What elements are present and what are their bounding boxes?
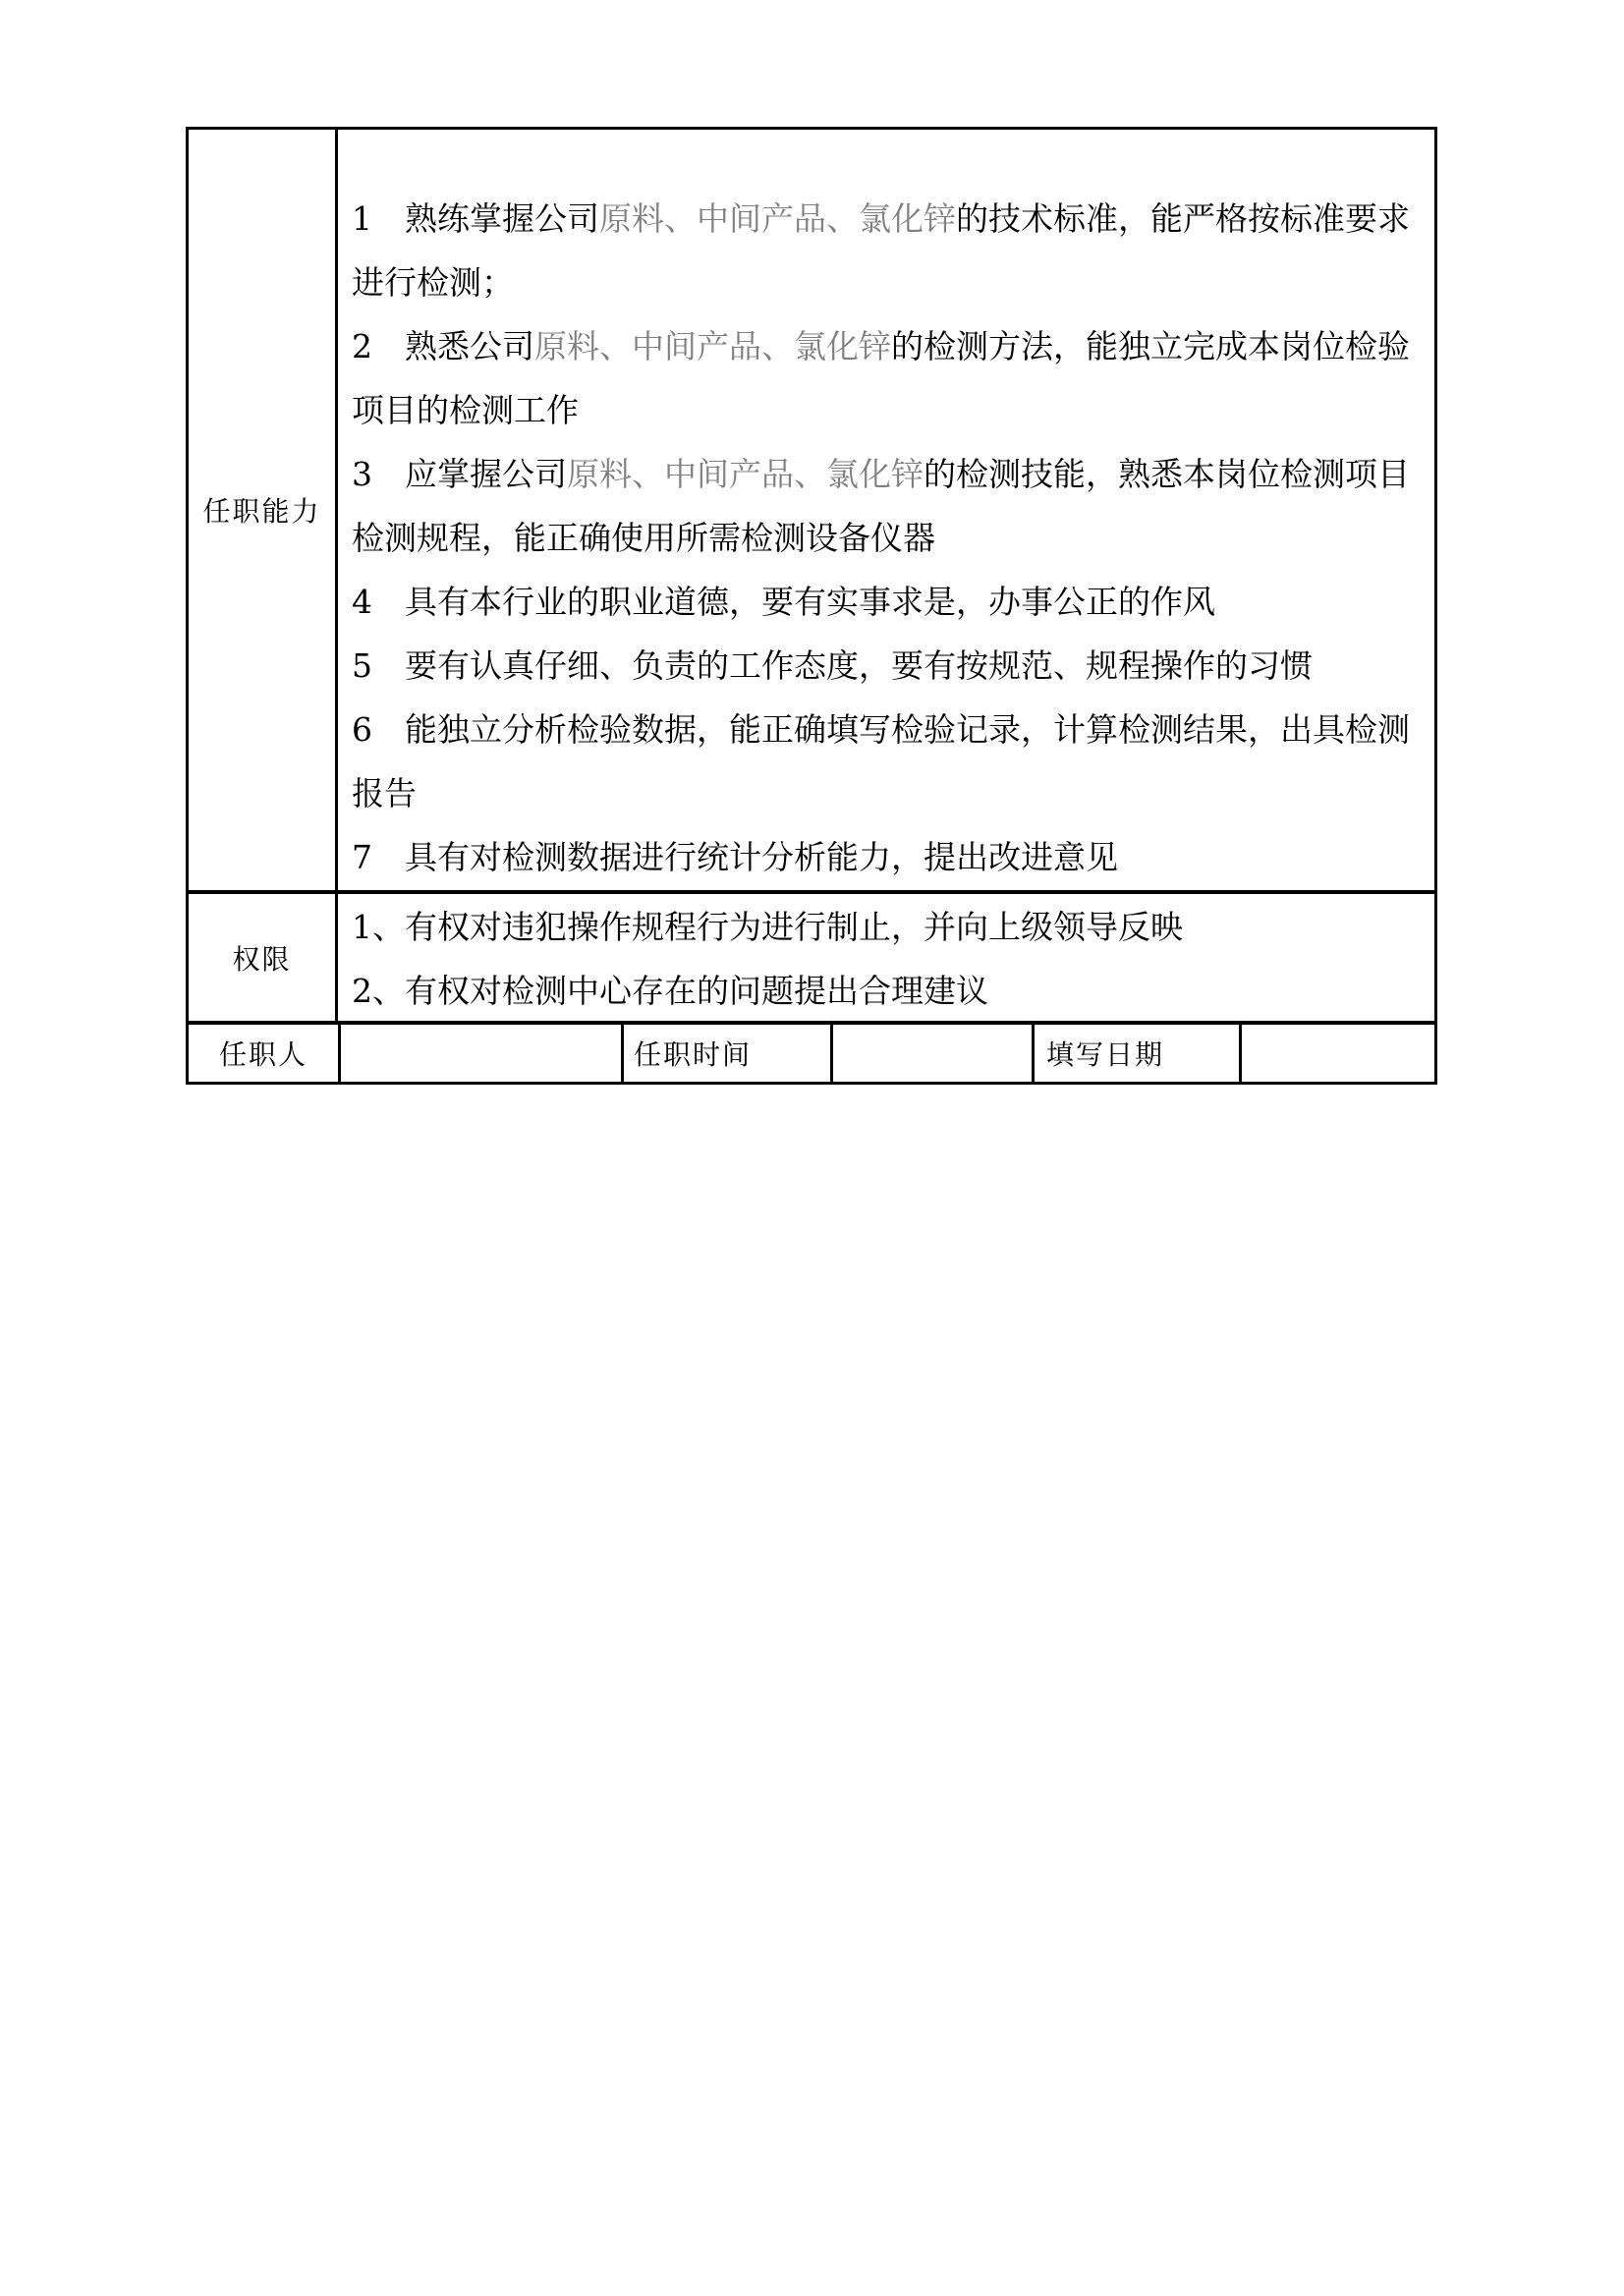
footer-row: 任职人 任职时间 填写日期 [189,1021,1434,1082]
text-segment: 2 熟悉公司 [352,327,534,365]
holder-value-cell [338,1025,621,1082]
text-segment: 1 熟练掌握公司 [352,199,599,238]
fill-date-label: 填写日期 [1032,1025,1239,1082]
text-segment: 项目的检测工作 [352,391,579,429]
text-segment: 的技术标准，能严格按标准要求 [956,199,1410,238]
text-segment: 的检测方法，能独立完成本岗位检验 [891,327,1410,365]
text-line: 4 具有本行业的职业道德，要有实事求是，办事公正的作风 [352,570,1430,634]
fill-date-value-cell [1239,1025,1434,1082]
text-segment: 检测规程，能正确使用所需检测设备仪器 [352,519,935,557]
job-description-table: 任职能力 1 熟练掌握公司原料、中间产品、氯化锌的技术标准，能严格按标准要求进行… [186,127,1437,1085]
text-segment: 7 具有对检测数据进行统计分析能力，提出改进意见 [352,838,1118,876]
text-line: 项目的检测工作 [352,378,1430,442]
text-line: 1 熟练掌握公司原料、中间产品、氯化锌的技术标准，能严格按标准要求 [352,187,1430,251]
text-line: 2、有权对检测中心存在的问题提出合理建议 [352,959,1430,1021]
text-line: 3 应掌握公司原料、中间产品、氯化锌的检测技能，熟悉本岗位检测项目 [352,442,1430,506]
text-line: 7 具有对检测数据进行统计分析能力，提出改进意见 [352,825,1430,889]
text-line: 报告 [352,761,1430,825]
text-line: 检测规程，能正确使用所需检测设备仪器 [352,506,1430,570]
text-line: 6 能独立分析检验数据，能正确填写检验记录，计算检测结果，出具检测 [352,698,1430,761]
ability-row: 任职能力 1 熟练掌握公司原料、中间产品、氯化锌的技术标准，能严格按标准要求进行… [189,130,1434,890]
text-line: 5 要有认真仔细、负责的工作态度，要有按规范、规程操作的习惯 [352,634,1430,698]
tenure-time-value-cell [830,1025,1032,1082]
text-segment: 2、有权对检测中心存在的问题提出合理建议 [352,972,988,1010]
ability-content-cell: 1 熟练掌握公司原料、中间产品、氯化锌的技术标准，能严格按标准要求进行检测；2 … [338,130,1434,890]
authority-row-label: 权限 [189,894,338,1021]
holder-label: 任职人 [189,1025,338,1082]
authority-row: 权限 1、有权对违犯操作规程行为进行制止，并向上级领导反映2、有权对检测中心存在… [189,890,1434,1021]
muted-text-segment: 原料、中间产品、氯化锌 [567,455,924,493]
muted-text-segment: 原料、中间产品、氯化锌 [534,327,891,365]
text-segment: 的检测技能，熟悉本岗位检测项目 [924,455,1410,493]
text-segment: 4 具有本行业的职业道德，要有实事求是，办事公正的作风 [352,583,1215,621]
tenure-time-label: 任职时间 [621,1025,830,1082]
text-line: 2 熟悉公司原料、中间产品、氯化锌的检测方法，能独立完成本岗位检验 [352,314,1430,378]
text-segment: 5 要有认真仔细、负责的工作态度，要有按规范、规程操作的习惯 [352,646,1313,685]
document-page: 任职能力 1 熟练掌握公司原料、中间产品、氯化锌的技术标准，能严格按标准要求进行… [0,0,1624,2296]
text-segment: 3 应掌握公司 [352,455,567,493]
text-segment: 6 能独立分析检验数据，能正确填写检验记录，计算检测结果，出具检测 [352,710,1410,749]
text-line: 1、有权对违犯操作规程行为进行制止，并向上级领导反映 [352,895,1430,959]
text-segment: 1、有权对违犯操作规程行为进行制止，并向上级领导反映 [352,908,1183,946]
authority-content-cell: 1、有权对违犯操作规程行为进行制止，并向上级领导反映2、有权对检测中心存在的问题… [338,894,1434,1021]
muted-text-segment: 原料、中间产品、氯化锌 [599,199,956,238]
text-line: 进行检测； [352,251,1430,314]
text-segment: 报告 [352,774,417,812]
text-segment: 进行检测； [352,263,514,302]
ability-row-label: 任职能力 [189,130,338,890]
